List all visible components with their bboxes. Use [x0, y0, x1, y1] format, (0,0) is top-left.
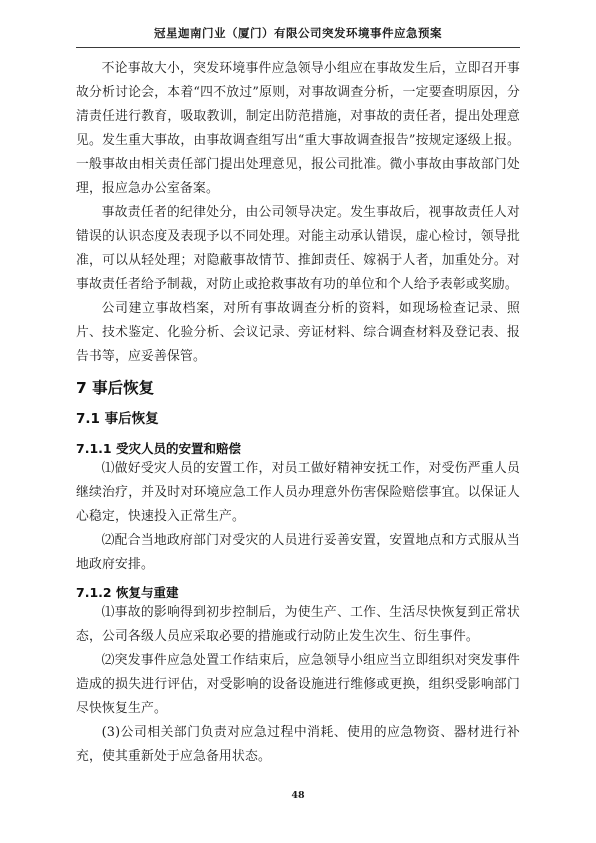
page-header: 冠星迦南门业（厦门）有限公司突发环境事件应急预案	[76, 26, 520, 48]
document-body: 不论事故大小，突发环境事件应急领导小组应在事故发生后，立即召开事故分析讨论会，本…	[76, 57, 520, 769]
paragraph-government-resettlement: ⑵配合当地政府部门对受灾的人员进行妥善安置，安置地点和方式服从当地政府安排。	[76, 529, 520, 577]
heading-7-post-recovery: 7 事后恢复	[76, 377, 520, 399]
paragraph-accident-archive: 公司建立事故档案，对所有事故调查分析的资料，如现场检查记录、照片、技术鉴定、化验…	[76, 297, 520, 369]
paragraph-loss-assessment: ⑵突发事件应急处置工作结束后，应急领导小组应当立即组织对突发事件造成的损失进行评…	[76, 649, 520, 721]
paragraph-victim-resettlement: ⑴做好受灾人员的安置工作，对员工做好精神安抚工作，对受伤严重人员继续治疗，并及时…	[76, 457, 520, 529]
paragraph-restore-production-order: ⑴事故的影响得到初步控制后，为使生产、工作、生活尽快恢复到正常状态，公司各级人员…	[76, 601, 520, 649]
heading-7-1-2-recovery-reconstruction: 7.1.2 恢复与重建	[76, 584, 520, 601]
paragraph-supplies-replenishment: (3)公司相关部门负责对应急过程中消耗、使用的应急物资、器材进行补充，使其重新处…	[76, 721, 520, 769]
heading-7-1-1-resettlement-compensation: 7.1.1 受灾人员的安置和赔偿	[76, 440, 520, 457]
page-number: 48	[291, 790, 304, 801]
page-footer: 48	[0, 790, 596, 801]
header-title: 冠星迦南门业（厦门）有限公司突发环境事件应急预案	[154, 26, 442, 40]
document-page: 冠星迦南门业（厦门）有限公司突发环境事件应急预案 不论事故大小，突发环境事件应急…	[0, 0, 596, 843]
heading-7-1-post-recovery: 7.1 事后恢复	[76, 410, 520, 429]
paragraph-accident-analysis: 不论事故大小，突发环境事件应急领导小组应在事故发生后，立即召开事故分析讨论会，本…	[76, 57, 520, 201]
paragraph-discipline-decision: 事故责任者的纪律处分，由公司领导决定。发生事故后，视事故责任人对错误的认识态度及…	[76, 201, 520, 297]
